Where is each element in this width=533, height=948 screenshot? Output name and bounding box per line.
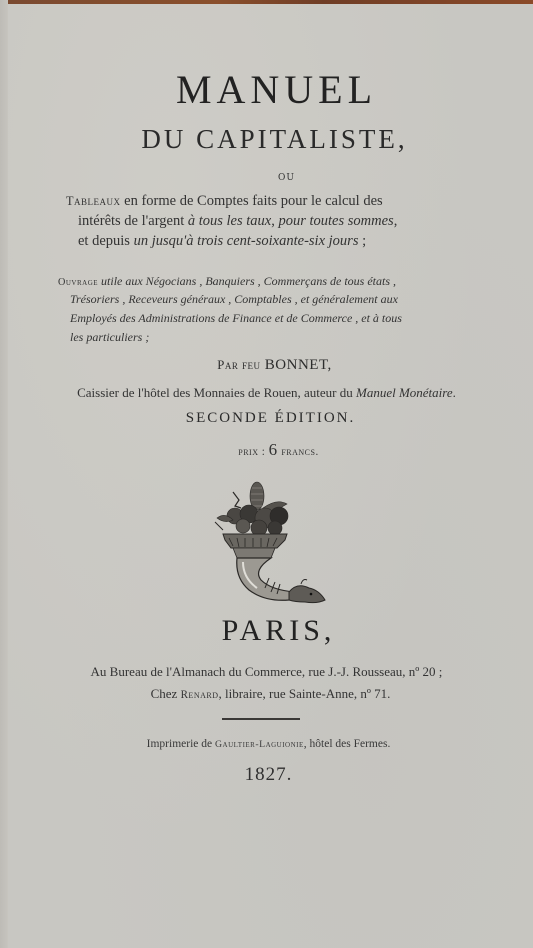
price-unit: francs.: [278, 446, 319, 458]
description-line-2-text-a: intérêts de l'argent: [78, 213, 188, 229]
author-other-work: Manuel Monétaire: [356, 385, 453, 400]
edition-label: SECONDE ÉDITION.: [0, 410, 533, 427]
author-credentials: Caissier de l'hôtel des Monnaies de Roue…: [0, 385, 533, 401]
publisher-line-2: Chez Renard, libraire, rue Sainte-Anne, …: [0, 686, 533, 702]
description-line-2-italic-b: pour toutes sommes: [278, 213, 393, 229]
description-line-2: intérêts de l'argent à tous les taux, po…: [78, 213, 397, 230]
description-line-2-text-c: ,: [394, 213, 398, 229]
description-line-3-text-a: et depuis: [78, 233, 134, 249]
cornucopia-icon: [205, 478, 330, 608]
price-line: prix : 6 francs.: [0, 440, 533, 460]
publisher-line-1: Au Bureau de l'Almanach du Commerce, rue…: [0, 664, 533, 680]
printer-address: , hôtel des Fermes.: [304, 738, 391, 750]
author-credentials-end: .: [453, 385, 456, 400]
printer-name: Gaultier-Laguionie: [215, 739, 304, 750]
printer-line: Imprimerie de Gaultier-Laguionie, hôtel …: [0, 738, 533, 750]
printer-prefix: Imprimerie de: [147, 738, 215, 750]
audience-line-4: les particuliers ;: [70, 330, 149, 345]
audience-line-3: Employés des Administrations de Finance …: [70, 311, 402, 326]
description-lead-word: Tableaux: [66, 194, 121, 208]
description-line-3-text-b: ;: [358, 233, 366, 249]
description-line-3: et depuis un jusqu'à trois cent-soixante…: [78, 233, 366, 250]
author-prefix: Par feu: [217, 358, 260, 372]
publisher-line-2-prefix: Chez: [151, 686, 181, 701]
description-line-1-text: en forme de Comptes faits pour le calcul…: [121, 193, 383, 209]
audience-line-1-text: utile aux Négocians , Banquiers , Commer…: [98, 274, 396, 288]
publication-year: 1827.: [0, 764, 533, 786]
book-title-subtitle: DU CAPITALISTE,: [0, 124, 533, 155]
description-line-2-italic-a: à tous les taux: [188, 213, 271, 229]
imprint-city: PARIS,: [0, 614, 533, 648]
author-name: BONNET,: [261, 357, 332, 373]
description-line-3-italic: un jusqu'à trois cent-soixante-six jours: [134, 233, 359, 249]
author-credentials-text: Caissier de l'hôtel des Monnaies de Roue…: [77, 385, 356, 400]
audience-line-1: Ouvrage utile aux Négocians , Banquiers …: [58, 274, 396, 289]
price-value: 6: [269, 440, 279, 459]
conjunction-ou: OU: [0, 173, 533, 183]
publisher-address: , libraire, rue Sainte-Anne, nº 71.: [219, 686, 391, 701]
divider-rule: [222, 718, 300, 720]
publisher-name: Renard: [181, 689, 219, 701]
description-line-1: Tableaux en forme de Comptes faits pour …: [66, 193, 383, 210]
book-title-main: MANUEL: [0, 66, 533, 113]
author-byline: Par feu BONNET,: [0, 357, 533, 374]
audience-lead-word: Ouvrage: [58, 277, 98, 288]
audience-line-2: Trésoriers , Receveurs généraux , Compta…: [70, 292, 398, 307]
price-label: prix :: [238, 446, 268, 458]
